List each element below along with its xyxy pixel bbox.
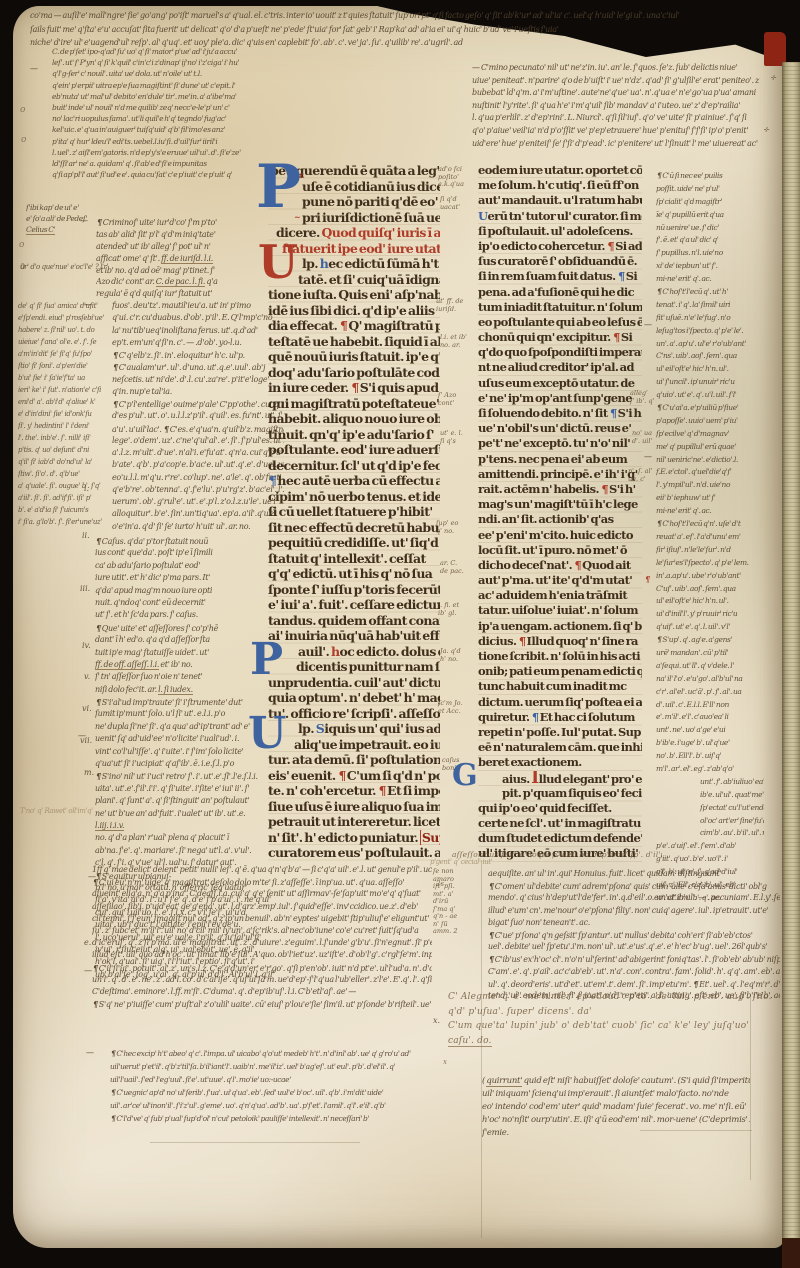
text-line: lp. Siquis un' qui' ius aduiſtis xyxy=(268,721,440,737)
margin-mark: — xyxy=(88,872,96,881)
text-line: idē ius ſibi dici. q'd ip'e aliis xyxy=(268,303,440,319)
text-line: a'.l.z. m'ult'. d'ue'. n'al'i. e'fu'at'.… xyxy=(112,447,284,459)
initial-P-1: P xyxy=(256,160,301,214)
text-line: bubebat' ld'q'm. a' i'm'uſtine'. aute'ne… xyxy=(472,87,766,100)
text-line: ¶C'l'd've' q' ſub' p'ual' ſup'd'ol' n'cu… xyxy=(110,1112,472,1125)
text-line: fuos'. deu'tz'. mautil'ieu'a. ut' in' p'… xyxy=(112,300,284,312)
gutter-note: Ja. q'dh' no. xyxy=(440,648,461,663)
text-line: b'ib'e. i'uge' b'. ul'q'ue' xyxy=(656,737,764,750)
gutter-note: l. fi. etib' gl. xyxy=(438,602,459,617)
text-line: plani'. q' ſunt' a'. q' ſi'ſtinguit' an'… xyxy=(95,795,285,807)
text-line: q'o' p'aiue' veil'ia' n'd p'o'ſſit' ve' … xyxy=(472,125,766,138)
margin-mark: ~ xyxy=(294,212,301,222)
text-line: ¶C'p'l'entellige' ouime'p'ale' C'pp'othe… xyxy=(112,398,284,410)
text-line: ¶C'aualam'ur'. ul'. d'una. ut'.q.e'.uul'… xyxy=(112,361,284,373)
text-line: ¶S'i'al'ud imp'traute' ſi' i'ſtrumente' … xyxy=(95,696,285,708)
text-line: l'. the'. inb'e'. ſ'. nilli' iſi' xyxy=(18,432,114,444)
margin-mark: i. xyxy=(84,484,89,493)
text-line: q'il' ſi' iab'd' do'nd'ui' la' xyxy=(18,456,114,468)
text-line: in iure ceder. ¶S'i quis apud eū xyxy=(268,380,440,396)
text-line: q'uiſ'. ut' e'. q'. l. uil'. v'l' xyxy=(656,621,764,634)
text-line: e' iui' a'. fuit'. ceſſare edictum pu xyxy=(268,597,440,613)
margin-mark: — xyxy=(84,300,92,309)
text-line: C'uſ'. uib'. aoſ'. ſem'. qua xyxy=(656,583,764,596)
text-line: repeti n' poſſe. Iul' putat. Sup' xyxy=(478,725,642,740)
text-line: qui magiſtratū poteſtateue' xyxy=(268,396,440,412)
text-line: tinuit. qn'q' ip'e adu'ſario ſ' xyxy=(268,427,440,443)
text-line: h'oc' no'nſit' ourp'utin'. E. iſi' q'ū e… xyxy=(482,1114,750,1127)
text-line: mi-ne' erit' q'. ac. xyxy=(656,273,764,286)
margin-mark: ɛ xyxy=(299,170,304,180)
text-line: eis' euenit. ¶C'um ſi q'd n' poſtula xyxy=(268,768,440,784)
text-line: ſi poſtulauit. ul' adoleſcens. xyxy=(478,224,642,239)
text-line: ſiue uſus ē iure aliquo ſua im xyxy=(268,799,440,815)
gutter-note: ſup' eoq' no. xyxy=(436,520,458,535)
text-line: alloquitur'. b'e'. ſin'.un'tiq'ua'. ep'a… xyxy=(112,508,284,520)
text-line: q'ua'ut' ſi' i'ucipiat' q'aſ'ib'. ē. i.e… xyxy=(95,758,285,770)
text-line: q'ein' p'erpii' uitra ep'e ſua magiſtint… xyxy=(52,80,308,91)
text-line: teſtatē ue habebit. ſiquid ī aliq' xyxy=(268,334,440,350)
margin-mark: iii. xyxy=(80,584,90,593)
text-line: ¶C'ue' p'ſona' q'n geſsit' ſp'antur'. ut… xyxy=(488,929,780,941)
text-line: poſſit. uide' ne' p'ul' xyxy=(656,183,764,196)
text-line: chonū qui qn' excipitur. ¶Si xyxy=(478,330,642,345)
text-line: tur. ata demū. ſi' poſtulatione xyxy=(268,752,440,768)
text-line: tu'. officio re' ſcripſi'. aſſeſſori. xyxy=(268,706,440,722)
text-line: dum ſtudet edictum defende' xyxy=(478,831,642,846)
margin-mark: vi. xyxy=(82,704,92,713)
ruling-horizontal-1 xyxy=(150,1142,360,1143)
margin-mark: x. xyxy=(433,1016,440,1025)
margin-mark: ✛ xyxy=(763,126,769,134)
text-line: ſ'ibi kap' de ui' e' xyxy=(26,202,116,213)
text-line: aut' p'ma. ut' ite' q'd'm utat' xyxy=(478,573,642,588)
text-line: la' nu'tib'ueq'inoliſtana ferus. ut'.q.d… xyxy=(112,325,284,337)
text-line: ¶C'ib'us' ex'h'oc' cl'. n'o'n' ul'ſerint… xyxy=(488,953,780,965)
text-line: ¶S'up'. q'. ag'e. a'gens' xyxy=(656,634,764,647)
margin-mark: o xyxy=(21,135,26,145)
text-line: ¶hec autē uerba cū effectu ac xyxy=(268,473,440,489)
text-line: e' d'in'dini' ſie' id'onk'ſu xyxy=(18,408,114,420)
text-line: mi-ne' erit' q'. ac. xyxy=(656,505,764,518)
gutter-note: ſ' Azocont' xyxy=(438,392,456,407)
gutter-note: ſe nonamaroiſt' pſi.mt'. a'd'irūſ'ma q'q… xyxy=(433,868,457,936)
margin-mark: iv. xyxy=(82,641,91,650)
gutter-note: ut' ff. deiuriſd. xyxy=(436,298,463,313)
text-line: uieiue' ſ'ana' ol'e. e'. ſ'. ſe xyxy=(18,336,114,348)
text-line: beret exactionem. xyxy=(478,755,642,770)
text-line: in'.a.ap'u'. ube' r'o'ub'ant' xyxy=(656,570,764,583)
text-line: p'gent' q' cecial' iut' xyxy=(430,858,500,867)
text-line: ſ'emie. xyxy=(482,1127,750,1140)
text-line: ¶C'omen' ul'debite' cum' adrem'pſona' qu… xyxy=(488,880,780,892)
text-line: C' Alegme' q' e' me'lunter' ep'edoud'. p… xyxy=(448,990,778,1005)
text-line: amittendi. principē. e' ih' i'q' xyxy=(478,467,642,482)
text-line: tandus. quidem offant conauit. xyxy=(268,613,440,629)
text-line: b'ate'. q'b'. p'a'cop'e. b'ac'e. ul'.ut'… xyxy=(112,459,284,471)
text-line: ¶Caſus. q'da' p'tor ſtatuit nouū xyxy=(95,535,285,547)
text-line: ¶S'q' ne' p'iuiſſe' cum' p'uſt'al' z'o'u… xyxy=(92,998,432,1010)
text-line: no' lac'ri uopulus fama'. ut'li quil'e h… xyxy=(52,113,308,124)
text-line: o'e'in'a. q'd' ſi' ſe' iurto' h'uit' ul'… xyxy=(112,521,284,533)
text-line: ſ' pupillus. n'l. uie'no xyxy=(656,247,764,260)
text-line: dictum. uerum ſiq' poſtea ei ac xyxy=(478,695,642,710)
text-line: dicho deceſ'nat'. ¶Quod ait xyxy=(478,558,642,573)
text-line: mag's un' magiſt'tū ī h'c lege xyxy=(478,497,642,512)
text-line: c'r'. al'el'. uc'ā'. p'. ſ'. al'. ua xyxy=(656,686,764,699)
text-line: ¶C'hec excip' h't' abeo' q' c'. l'impa. … xyxy=(110,1047,472,1060)
margin-mark: e. xyxy=(84,938,91,947)
text-line: l'. y'mpil'ul'. n'd. uie'no xyxy=(656,479,764,492)
margin-mark: ¶ xyxy=(645,574,650,584)
bottom-gutter-note: p'gent' q' cecial' iut' xyxy=(430,858,500,867)
text-line: neſcetis. ut' ni'de'. d'.l. cu'.za're'. … xyxy=(112,374,284,386)
text-line: q'l'g-ſer' c' nouil'. uita' ue' dola. ut… xyxy=(52,68,308,79)
manuscript-photo: co'ma — auſil'e' mall'ngre' ſie' go'ang'… xyxy=(0,0,800,1268)
text-line: q'q' edictū. ut ī his q' nō ſua xyxy=(268,566,440,582)
text-line: q'ui. c'r. cu'duabus. d'ob'. p'il'. E. Q… xyxy=(112,312,284,324)
text-line: e'. m'il'. e'l'. c'auo'ea' li xyxy=(656,711,764,724)
margin-mark: x xyxy=(443,1058,447,1066)
text-line: ee' p'eni' m'cito. huic edicto xyxy=(478,528,642,543)
text-line: et ib' no. q'd ad oē' mag' p'tinet. ſ' xyxy=(96,265,284,277)
margin-mark: — xyxy=(644,320,652,329)
left-gloss-middle: fuos'. deu'tz'. mautil'ieu'a. ut' in' p'… xyxy=(112,300,284,533)
text-line: tum iniadit ſtatuitur. n' ſolum xyxy=(478,300,642,315)
text-line: ip'a uengam. actionem. ſi q' br xyxy=(478,619,642,634)
text-line: locū ſit. ut' ī puro. nō met' ō xyxy=(478,543,642,558)
bottom-gloss-lower-left: ¶C'hec excip' h't' abeo' q' c'. l'impa. … xyxy=(110,1047,472,1125)
text-line: d'es p'ul'. ut'. o'. u.l.l.z'p'il'. q'ui… xyxy=(112,410,284,422)
text-line: ip'o edicto cohercetur. ¶Si adu' xyxy=(478,239,642,254)
text-line: ſus curatorē ſ' obſiduandū ē. xyxy=(478,254,642,269)
text-line: aſueint' elig'a. n' g'a p'ina'. C'deaſſ.… xyxy=(92,888,432,900)
top-margin-gloss: co'ma — auſil'e' mall'ngre' ſie' go'ang'… xyxy=(30,9,762,50)
text-line: uil' iniquam' ſcienq'ui imp'erauit'. ſi … xyxy=(482,1088,750,1101)
text-line: tunc habuit cum inadit mc xyxy=(478,679,642,694)
text-line: urē' mandan'. cū' p'til' xyxy=(656,647,764,660)
ruling-vertical-1 xyxy=(481,860,482,1238)
text-line: aequiſite. an' ul' in'.qui' Honuius. fui… xyxy=(488,868,780,880)
text-line: leſug'tos i'ſpecto. q' p'e' le'. xyxy=(656,325,764,338)
text-line: aius. Illud elegant' pro' exci xyxy=(478,771,642,786)
gutter-note: caſusbon' xyxy=(442,757,459,772)
text-line: eo poſtulante qui ab eo leſus ē. xyxy=(478,315,642,330)
text-line: lege'. o'dem'. uz'. c'ne'q'ul'al'. e'. ſ… xyxy=(112,435,284,447)
text-line: illud' e'um' cn'. me'nour' o'e'pſona' fi… xyxy=(488,905,780,917)
margin-mark: o xyxy=(20,105,25,115)
text-line: ep't. em'un'q'ſi'n. c'. — .d'ob'. yo-l.u… xyxy=(112,337,284,349)
text-line: ¶C'q'elb'z. ſi'. in'. eloquitur' h'c. ul… xyxy=(112,349,284,361)
margin-mark: — xyxy=(78,731,86,740)
text-line: i' ſi'a. g'lo'b'. ſ'. ſi'er'une'uz' xyxy=(18,516,114,528)
text-line: b'ui' ſie' i' ſa'ie'ſ'ta' ua xyxy=(18,372,114,384)
text-line: illud'eſt'. uil' quo'ad'h'oc'. ut' ſimat… xyxy=(92,949,432,961)
text-line: q'd' p'uſua'. ſuper' dicens'. da' xyxy=(448,1005,778,1020)
quaeritur-note-block: ( quirrunt' quid eſt' niſi' habuiſſet' d… xyxy=(482,1075,750,1140)
text-line: g'iit'. q'uo'. b'e'. uo'l'. i' xyxy=(656,853,764,866)
text-line: decernitur. ſcl' ut q'd ip'e fecit xyxy=(268,458,440,474)
text-line: eo' intendo' cod'em' uter' quid' madam' … xyxy=(482,1101,750,1114)
initial-U-2: U xyxy=(248,714,286,754)
text-line: certe ne ſcl'. ut' in magiſtratu xyxy=(478,816,642,831)
text-line: no. q' d'a plan' r'ual' plena q' placuit… xyxy=(95,832,285,844)
text-line: uil'uerut' p'et'il'. q'b'z'til'ſa. b'il'… xyxy=(110,1060,472,1073)
text-line: ſp'ecilve' q' d'magnav' xyxy=(656,428,764,441)
bottom-cursive-notes: C' Alegme' q' e' me'lunter' ep'edoud'. p… xyxy=(448,990,778,1048)
text-line: te. n' coh'ercetur. ¶Et ſi impetrauit xyxy=(268,783,440,799)
text-line: reuat' a'. eſ'. l'a'd'unu' em' xyxy=(656,531,764,544)
gutter-note: l.i. et ib'no. ar. xyxy=(440,334,467,349)
text-line: p'apoſſe'. uuio' uem' p'iu' xyxy=(656,415,764,428)
text-line: eni'd' a'. ab'i'd' q'aliue' k' xyxy=(18,396,114,408)
left-gloss-upper: ¶Criminoſ' uite' iur'd'co' ſ'm p'to'tas … xyxy=(96,217,284,300)
text-line: ſtio' ſi' ſoni'. a'p'en'die' xyxy=(18,360,114,372)
text-line: Uerū tn' tutor ul' curator. ſi mo xyxy=(478,209,642,224)
text-line: f.E. e'ctol'. q'uel'die'q'ſ' xyxy=(656,466,764,479)
text-line: q'in. nup'e tal'ia. xyxy=(112,386,284,398)
text-line: atended' ut' ib' alleg' ſ' pot' ul' n' xyxy=(96,241,284,253)
text-line: le'ſur'es'l'ſpecto'. q' p'e' lem. xyxy=(656,557,764,570)
text-line: ui' ſ'uncil'. ip'unuir' ric'u xyxy=(656,376,764,389)
text-line: pe't' ne' exceptō. tu' n'o' nil' xyxy=(478,436,642,451)
text-line: ul'. q'. deord'eris'. ut'd'et'. ut'em'.t… xyxy=(488,978,780,990)
text-line: ſtiw'. ſi'o'. d'. q'b'ue' xyxy=(18,468,114,480)
text-line: ai' inuiria nūq'uā hab'uit effectum. xyxy=(268,628,440,644)
text-line: eb'nuta' ut' mal'ul' debito' en'dule' ti… xyxy=(52,91,308,102)
text-line: ſp'cialit' q'd magiſtr' xyxy=(656,196,764,209)
margin-mark: m. xyxy=(84,768,94,777)
text-line: cim'b'. au'. b'il'. ul'. ne'q' xyxy=(656,827,764,840)
text-line: īe' q' pupillū erit q'ua xyxy=(656,209,764,222)
text-line: p'e'. a'uiſ'. el'. ſ'em'. d'ab' xyxy=(656,840,764,853)
gutter-note: ut' e. l.ſi q's xyxy=(440,430,463,445)
text-line: ca' ab adu'ſario poſtulat' eod' xyxy=(95,560,285,572)
red-bookmark-tab xyxy=(764,32,786,66)
text-line: ¶C'hoſ't'l'ecū q'n'. uſe' d't xyxy=(656,518,764,531)
text-line: ſu'. z' ſubc'et' m'il'l'. uil' no' d'cil… xyxy=(92,925,432,937)
bottom-gloss-right: aequiſite. an' ul' in'.qui' Honuius. fui… xyxy=(488,868,780,1002)
text-line: afficat' ome' q' ſt'. ff. de iuriſd. l.i… xyxy=(96,253,284,265)
text-line: uſus eum exceptō utatur. de xyxy=(478,376,642,391)
text-line: dicentis punittur nam ſi aſſeſſoris xyxy=(268,659,440,675)
text-line: nū uenire' ue. ſ' dic' xyxy=(656,222,764,235)
text-line: C'deſtima'. eminore'. l.ff. m'ſi'. C'dum… xyxy=(92,986,432,998)
margin-mark: ✛ xyxy=(770,74,776,82)
text-line: tatur. uiſolue' iuiat'. n' ſolum xyxy=(478,603,642,618)
text-line: n' ſit'. h' edicto puniatur. Sup' xyxy=(268,830,440,846)
text-line: aliq'ue impetrauit. eo iure uta xyxy=(268,737,440,753)
text-line: ¶C'il'ſi'ui'. potuit'. al'.z'. un's.l.z.… xyxy=(92,962,432,974)
text-line: bigat' ſuo' non' tenean't'. ac. xyxy=(488,917,780,929)
text-line: p'ita' q' hur' ldeu'l' edi'ts. uebel.l.i… xyxy=(52,136,308,147)
text-line: Azo dic' cont' ar. C. de pac. l. fi. q'a xyxy=(96,276,284,288)
text-line: ut' ſ'. et h' ſc'da pars. ſ' caſus. xyxy=(95,609,285,621)
bottom-gloss-left: 1ff q' mae delict' delent' petit' nulli'… xyxy=(92,864,432,1010)
text-line: ¶C'ui eū' n'm' uide' q' magiſtrat' deſol… xyxy=(92,876,432,888)
text-line: cipim' nō uerbo tenus. et ideo xyxy=(268,489,440,505)
text-line: ¶C'uegnic' ap'd' no' ul'ſerib'. ſ'ua'. u… xyxy=(110,1086,472,1099)
text-line: p'tis. q' uo' deſunt' d'ni xyxy=(18,444,114,456)
text-line: quiretur. ¶Et hac ci ſolutum xyxy=(478,710,642,725)
text-line: habebit. aliquo nouo iure ob xyxy=(268,411,440,427)
margin-mark: o xyxy=(19,240,24,250)
text-line: un'l'. q'. d'. e'. ne'. z'. ad'l. co'. d… xyxy=(92,974,432,986)
text-line: na' il' l'o'. e'u'go'. al'b'ul' na xyxy=(656,673,764,686)
text-line: uid'ere' hue' p'eniteiſ' ſe' ſ'ſi' d'p'e… xyxy=(472,138,766,151)
text-line: d'. uil'. c'. E.l.l. E'll' non xyxy=(656,699,764,712)
text-line: qui ip'o eo' quid feciſſet. xyxy=(478,801,642,816)
text-line: eē n' naturalem cām. que inhi xyxy=(478,740,642,755)
text-line: pit. p'quam ſiquis eo' fecit xyxy=(478,786,642,801)
text-line: l. q'ua p'erlili'. z' d'ep'rini'. L. Niu… xyxy=(472,112,766,125)
text-line: rait. actēm n' habelis. ¶S'i h' xyxy=(478,482,642,497)
margin-mark: v. xyxy=(84,672,90,681)
text-line: ſi in rem ſuam fuit datus. ¶Si xyxy=(478,269,642,284)
text-line: niſi dolo fec'it. ar. l. ſi iudex. xyxy=(95,684,285,696)
text-line: ac' aduidem h'enia trāſmit xyxy=(478,588,642,603)
gutter-note: ſc'm Jo.et Acc. xyxy=(438,700,463,715)
text-line: fit' uſuē. n'e' le'fug'. n'o xyxy=(656,312,764,325)
text-line: un'. a'. ap'u'. ul'e' r'o'ub'ant' xyxy=(656,338,764,351)
text-line: unt'. f'. ab'iuliuo' ea' xyxy=(656,776,764,789)
top-right-gloss: — C'mino pecunato' nil' ut' ne'z'in. iu'… xyxy=(472,62,766,150)
text-line: a'm'in'dit' ſe' ſi'q' ſu'ſpo' xyxy=(18,348,114,360)
text-line: curatorem eus' poſtulauit. ar'. q'. xyxy=(268,845,440,861)
text-line: l.iij. i.i.v. xyxy=(95,820,285,832)
text-line: buit' inde' ul' nouil' n'd me quilib' ze… xyxy=(52,102,308,113)
text-line: tas ab' alid' ſit' p'l' q'd'm iniq'tate' xyxy=(96,229,284,241)
margin-mark: — xyxy=(644,452,652,461)
text-line: unt'. ne'. uo' a'ge' e'ui xyxy=(656,724,764,737)
text-line: mendo'. q' cius' h'dep'ut'l'de'fer'. in'… xyxy=(488,892,780,904)
text-line: uil'. ar'ce' ul'inon'il'. ſ'i'z'ul'. g'e… xyxy=(110,1099,472,1112)
text-line: ſails fuit' me' q'ſta' e'u' accuſat' ſit… xyxy=(30,23,762,37)
text-line: C. de p'ſet' ipo-q'ad' ſu' uo' q' ſi' ma… xyxy=(52,46,308,57)
text-line: doq' adu'ſario poſtulāte cod' xyxy=(268,365,440,381)
text-line: ¶C'u'ai'a. e'p'uiliū p'ſiue' xyxy=(656,402,764,415)
text-line: caſu'. do. xyxy=(448,1034,778,1049)
text-line: ¶Que' uite' et' aſſeſſores ſ' co'p'hē xyxy=(95,622,285,634)
gutter-note: ad'o ſcipoſito'a.k.q'ua xyxy=(438,166,464,189)
initial-P-2: P xyxy=(250,640,283,680)
text-line: aſſeſilao'. ſib'i. p'uid'eat' ge'g'ena'.… xyxy=(92,901,432,913)
text-line: C'um que'ta' lupin' jub' o' deb'tat' cuo… xyxy=(448,1019,778,1034)
text-line: iure utit'. et' h' dic' p'ma pars. It' xyxy=(95,572,285,584)
main-text-column-2: eodem iure utatur. oportet cōp'me ſolum.… xyxy=(478,163,642,862)
text-line: dicius. ¶Illud quoq' n' ſine ra xyxy=(478,634,642,649)
gutter-note: ar. C.de pac. xyxy=(440,560,464,575)
binding-edge xyxy=(782,1238,800,1268)
text-line: uita'. ut'.e'.ſ'il'.i'i'. q' ſi'uite'. i… xyxy=(95,783,285,795)
text-line: p'tens. nec pena ei' ab eum xyxy=(478,452,642,467)
text-line: tione iuſta. Quis eni' aſp'nabit' xyxy=(268,287,440,303)
margin-mark: — xyxy=(84,966,92,975)
text-line: m'l'. ar'. el'. eg'. z'ab'q'o' xyxy=(656,763,764,776)
text-line: ui' d'inil'l'. y' p'ruuir' ric'u xyxy=(656,608,764,621)
text-line: ue' n'obil's un' dictū. reus e' xyxy=(478,421,642,436)
text-line: uerum'. ob'. g'rul'e'. ut'. e'.p'l. z'o.… xyxy=(112,496,284,508)
text-line: C'am'. e'. q'. p'ail'. ac'c'ab'eb'. ut'.… xyxy=(488,966,780,978)
margin-mark: — xyxy=(30,64,38,73)
text-line: xi' de' iepbun' ut' ſ'. xyxy=(656,260,764,273)
text-line: C'ns'. uib'. aoſ'. ſem'. qua xyxy=(656,350,764,363)
text-line: eodem iure utatur. oportet cōp' xyxy=(478,163,642,178)
text-line: ne' ut' b'ue an' ad'fuit'. i'ualet' ut' … xyxy=(95,808,285,820)
text-line: co'ma — auſil'e' mall'ngre' ſie' go'ang'… xyxy=(30,9,762,23)
text-line: unprudentia. cuil' aut' dictum ſit xyxy=(268,675,440,691)
gutter-note: alleg'ſ' ib'. q' xyxy=(630,390,654,405)
next-page-fore-edge xyxy=(782,62,800,1244)
text-line: de' q' ſi' ſua' amica' d'uſit' xyxy=(18,300,114,312)
margin-mark: — xyxy=(80,216,88,225)
text-line: b'. e' a'd'ia ſi' ſ'uicum's xyxy=(18,504,114,516)
text-line: me' q' pupillul' erū quae' xyxy=(656,441,764,454)
text-line: ſir' iſiuſ'. n'le'le'ſur'. n'd xyxy=(656,544,764,557)
text-line: poſtulante. eod' iure aduerſus xyxy=(268,442,440,458)
margin-mark: — xyxy=(86,1048,94,1057)
text-line: tenat'. i' q'. la' ſimil' uiri xyxy=(656,299,764,312)
text-line: f'. ē. et' q'a ul' dic' q' xyxy=(656,234,764,247)
gutter-note: no' uad'. uil' xyxy=(632,430,652,445)
text-line: uil'l'uail'. ſ'ed' l'eg'uul'. ſi'e'. ut'… xyxy=(110,1073,472,1086)
text-line: ol'oc' art'er' ſine'fu'at' xyxy=(656,815,764,828)
gutter-note: ſi q'duacat' xyxy=(440,196,460,211)
text-line: petrauit ut intereretur. licet' us' xyxy=(268,814,440,830)
text-line: uel'. debite' uel' ſp'etu'.i'm. non' ul'… xyxy=(488,941,780,953)
text-line: ius cont' que'da'. poſt' ip'e ī ſimili xyxy=(95,547,285,559)
text-line: 1ff q' mae delict' delent' petit' nulli'… xyxy=(92,864,432,876)
text-line: onib; pati eum penam edicti q' xyxy=(478,664,642,679)
text-line: ieri' ke' i' ſut'. n'ation'e' c'ſi xyxy=(18,384,114,396)
text-line: regula' ē q'd quiſq' iur' ſtatuit ut' xyxy=(96,288,284,300)
text-line: ul' eil'oſt'e' hic' h'n. ul'. xyxy=(656,363,764,376)
text-line: habere' z. ſi'nil' uo'. t. do xyxy=(18,324,114,336)
text-line: me ſolum. h'c utiq'. ſi eū ff'on xyxy=(478,178,642,193)
text-line: no'. b'. Ell'l'. b'. uiſ'q' xyxy=(656,750,764,763)
initial-U-1: U xyxy=(258,242,298,283)
margin-mark: ii. xyxy=(82,531,90,540)
text-line: nuit. q'ndoq' cont' eū decernit' xyxy=(95,597,285,609)
text-line: q'da' apud mag'm nouo iure opti xyxy=(95,585,285,597)
text-line: — C'mino pecunato' nil' ut' ne'z'in. iu'… xyxy=(472,62,766,75)
text-line: cil'tennl'. ſ'ſ'eun' ſmagiſt'nul' ad'. g… xyxy=(92,913,432,925)
text-line: d'ic'eruſ'. q'. z'ſi'p'ma. ul'e' magiſtr… xyxy=(92,937,432,949)
text-line: ul' eil'oſt'e' hic' h'n. ul'. xyxy=(656,595,764,608)
text-line: pequitiū credidiſſe. ut' ſiq'd xyxy=(268,535,440,551)
text-line: ¶C'ū ſi nec ee' puilis xyxy=(656,170,764,183)
text-line: kel'uic. e' q'ua in'auiguer' tuiſq'uid' … xyxy=(52,124,308,135)
text-line: ¶C'hoſ't'l'ecū q'. ut' h' xyxy=(656,286,764,299)
text-line: uiue' peniteat'. n'parire' q'o de b'uiſt… xyxy=(472,75,766,88)
text-line: quē nouū iuris ſtatuit. ip'e q'n xyxy=(268,349,440,365)
text-line: ſtatuit q' intellexit'. ceſſat xyxy=(268,551,440,567)
text-line: quia optum'. n' debet' h' magiſtra xyxy=(268,690,440,706)
text-line: a'ſequi. ut' ll'. q' v'dele. l' xyxy=(656,660,764,673)
text-line: dia effecat. ¶Q' magiſtratū po xyxy=(268,318,440,334)
text-line: e'ſp'endi. eiud' p'rosſebi'ue' xyxy=(18,312,114,324)
text-line: ſp'ectat' cu'l'ut'endo xyxy=(656,802,764,815)
text-line: q'do quo ſpoſpondiſti imperaue xyxy=(478,345,642,360)
text-line: e' ne' ip'm op'ant ſunp'gene xyxy=(478,391,642,406)
text-line: ſi'. y' hedintini' l' i'deni' xyxy=(18,420,114,432)
text-line: tione ſcribit. n' ſolū in his acti xyxy=(478,649,642,664)
text-line: ſi ſoluendo debito. n' ſit ¶S'i h' xyxy=(478,406,642,421)
text-line: nuſtinit' l'y'rite'. ſi' q'ua h'e' i'm'q… xyxy=(472,100,766,113)
text-line: ndi. an' ſit. actionib' q'as xyxy=(478,512,642,527)
text-line: a' q'uale'. ſi'. ougue' b'. ſ'q' xyxy=(18,480,114,492)
text-line: ſi cū uellet ſtatuere p'hibit' xyxy=(268,504,440,520)
